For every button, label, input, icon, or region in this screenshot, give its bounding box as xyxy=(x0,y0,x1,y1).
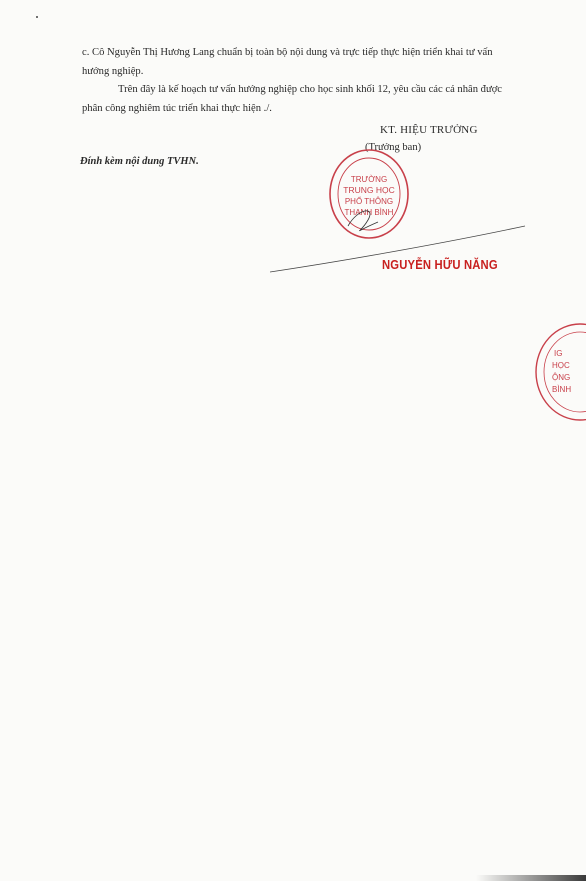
svg-text:BÌNH: BÌNH xyxy=(552,385,571,394)
svg-text:PHỔ THÔNG: PHỔ THÔNG xyxy=(345,197,393,206)
paper-speck xyxy=(36,16,38,18)
svg-text:TRUNG HỌC: TRUNG HỌC xyxy=(343,185,394,195)
svg-text:HỌC: HỌC xyxy=(552,361,570,370)
signer-name: NGUYỄN HỮU NĂNG xyxy=(382,258,498,272)
svg-text:THANH BÌNH: THANH BÌNH xyxy=(345,208,394,217)
svg-text:TRƯỜNG: TRƯỜNG xyxy=(351,175,387,184)
page-edge-shadow xyxy=(476,875,586,881)
svg-text:ỘNG: ỘNG xyxy=(552,373,570,382)
partial-stamp-icon: IG HỌC ỘNG BÌNH xyxy=(532,322,586,422)
paragraph-c: c. Cô Nguyễn Thị Hương Lang chuẩn bị toà… xyxy=(82,44,502,81)
document-page: c. Cô Nguyễn Thị Hương Lang chuẩn bị toà… xyxy=(0,0,586,881)
signature-title: KT. HIỆU TRƯỞNG xyxy=(380,124,478,136)
closing-paragraph: Trên đây là kế hoạch tư vấn hướng nghiệp… xyxy=(82,81,502,118)
attachment-note: Đính kèm nội dung TVHN. xyxy=(80,156,199,167)
svg-text:IG: IG xyxy=(554,349,562,358)
